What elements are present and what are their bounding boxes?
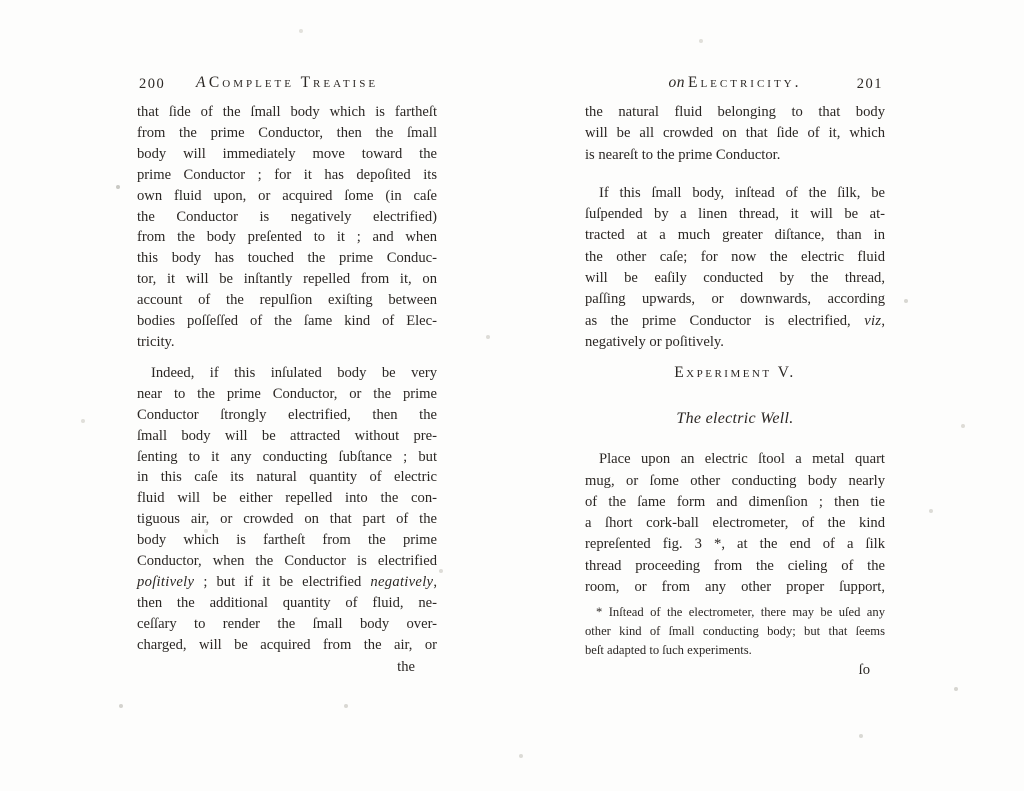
text-line: this body has touched the prime Conduc-: [137, 248, 437, 269]
text-line: ſuſpended by a linen thread, it will be …: [585, 204, 885, 225]
text-line: repreſented fig. 3 *, at the end of a ſi…: [585, 534, 885, 555]
text-line: negatively or poſitively.: [585, 332, 885, 353]
text-line: beſt adapted to ſuch experiments.: [585, 641, 885, 660]
text-line: ſmall body will be attracted without pre…: [137, 426, 437, 447]
text-line: Place upon an electric ſtool a metal qua…: [585, 449, 885, 470]
right-running-head: onElectricity. 201: [585, 74, 885, 94]
text-line: room, or from any other proper ſupport,: [585, 577, 885, 598]
text-line: fluid will be either repelled into the c…: [137, 488, 437, 509]
text-line: body will immediately move toward the: [137, 144, 437, 165]
text-line: tracted at a much greater diſtance, than…: [585, 225, 885, 246]
text-line: will be eaſily conducted by the thread,: [585, 268, 885, 289]
text-line: * Inſtead of the electrometer, there may…: [585, 603, 885, 622]
left-running-title: AComplete Treatise: [196, 74, 378, 91]
text-line: near to the prime Conductor, or the prim…: [137, 384, 437, 405]
left-page-number: 200: [139, 76, 165, 93]
left-running-title-prefix: A: [196, 74, 206, 91]
left-page: 200 AComplete Treatise that ſide of the …: [137, 74, 437, 677]
left-running-title-text: Complete Treatise: [209, 74, 378, 91]
right-page-body-top: the natural fluid belonging to that body…: [585, 102, 885, 353]
text-line: will be all crowded on that ſide of it, …: [585, 123, 885, 144]
right-page-number: 201: [857, 76, 883, 93]
text-line: ſenting to it any conducting ſubſtance ;…: [137, 447, 437, 468]
right-page-body-bottom: Place upon an electric ſtool a metal qua…: [585, 449, 885, 598]
text-line: the other caſe; for now the electric flu…: [585, 247, 885, 268]
text-line: paſſing upwards, or downwards, according: [585, 289, 885, 310]
book-spread: 200 AComplete Treatise that ſide of the …: [0, 0, 1024, 791]
text-line: ceſſary to render the ſmall body over-: [137, 614, 437, 635]
text-line: own fluid upon, or acquired ſome (in caſ…: [137, 186, 437, 207]
footnote: * Inſtead of the electrometer, there may…: [585, 603, 885, 660]
text-line: prime Conductor ; for it has depoſited i…: [137, 165, 437, 186]
footnote-body: * Inſtead of the electrometer, there may…: [585, 603, 885, 660]
text-line: from the body preſented to it ; and when: [137, 227, 437, 248]
experiment-subheading: The electric Well.: [585, 408, 885, 430]
left-running-head: 200 AComplete Treatise: [137, 74, 437, 94]
text-line: of the ſame form and dimenſion ; then ti…: [585, 492, 885, 513]
text-line: tricity.: [137, 332, 437, 353]
text-line: from the prime Conductor, then the ſmall: [137, 123, 437, 144]
text-line: as the prime Conductor is electrified, v…: [585, 311, 885, 332]
paragraph: Place upon an electric ſtool a metal qua…: [585, 449, 885, 598]
text-line: in this caſe its natural quantity of ele…: [137, 467, 437, 488]
paragraph: If this ſmall body, inſtead of the ſilk,…: [585, 183, 885, 353]
text-line: a ſhort cork-ball electrometer, of the k…: [585, 513, 885, 534]
text-line: then the additional quantity of fluid, n…: [137, 593, 437, 614]
text-line: Conductor ſtrongly electrified, then the: [137, 405, 437, 426]
right-running-title-text: Electricity.: [688, 74, 802, 91]
text-line: charged, will be acquired from the air, …: [137, 635, 437, 656]
text-line: is neareſt to the prime Conductor.: [585, 145, 885, 166]
paragraph: the natural fluid belonging to that body…: [585, 102, 885, 166]
text-line: mug, or ſome other conducting body nearl…: [585, 471, 885, 492]
text-line: the Conductor is negatively electrified): [137, 207, 437, 228]
right-page: onElectricity. 201 the natural fluid bel…: [585, 74, 885, 680]
experiment-heading: Experiment V.: [585, 362, 885, 384]
text-line: poſitively ; but if it be electrified ne…: [137, 572, 437, 593]
text-line: thread proceeding from the cieling of th…: [585, 556, 885, 577]
text-line: Conductor, when the Conductor is electri…: [137, 551, 437, 572]
text-line: the natural fluid belonging to that body: [585, 102, 885, 123]
text-line: that ſide of the ſmall body which is far…: [137, 102, 437, 123]
text-line: tor, it will be inſtantly repelled from …: [137, 269, 437, 290]
text-line: body which is fartheſt from the prime: [137, 530, 437, 551]
text-line: Indeed, if this inſulated body be very: [137, 363, 437, 384]
left-page-body: that ſide of the ſmall body which is far…: [137, 102, 437, 656]
text-line: other kind of ſmall conducting body; but…: [585, 622, 885, 641]
right-catchword: ſo: [585, 660, 885, 680]
text-line: If this ſmall body, inſtead of the ſilk,…: [585, 183, 885, 204]
text-line: tiguous air, or crowded on that part of …: [137, 509, 437, 530]
scan-specks: [0, 0, 2, 2]
right-running-title-prefix: on: [668, 74, 685, 91]
text-line: bodies poſſeſſed of the ſame kind of Ele…: [137, 311, 437, 332]
paragraph: * Inſtead of the electrometer, there may…: [585, 603, 885, 660]
paragraph: that ſide of the ſmall body which is far…: [137, 102, 437, 353]
right-running-title: onElectricity.: [668, 74, 801, 91]
paragraph: Indeed, if this inſulated body be veryne…: [137, 363, 437, 656]
text-line: account of the repulſion exiſting betwee…: [137, 290, 437, 311]
left-catchword: the: [137, 657, 437, 677]
